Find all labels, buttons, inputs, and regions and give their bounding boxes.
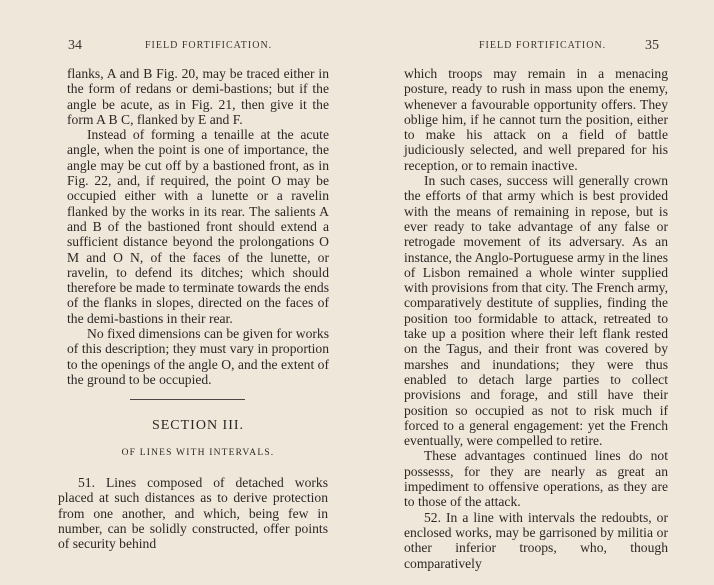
- section-divider: [130, 399, 245, 400]
- section-subtitle: OF LINES WITH INTERVALS.: [67, 448, 329, 458]
- paragraph: flanks, A and B Fig. 20, may be traced e…: [67, 66, 329, 127]
- paragraph: In such cases, success will generally cr…: [404, 173, 668, 448]
- paragraph: No fixed dimensions can be given for wor…: [67, 326, 329, 387]
- right-page: FIELD FORTIFICATION. 35 which troops may…: [357, 0, 714, 585]
- running-head: FIELD FORTIFICATION.: [145, 40, 272, 51]
- paragraph: Instead of forming a tenaille at the acu…: [67, 127, 329, 326]
- paragraph: which troops may remain in a menacing po…: [404, 66, 668, 173]
- running-head: FIELD FORTIFICATION.: [479, 40, 606, 51]
- body-text: flanks, A and B Fig. 20, may be traced e…: [67, 66, 329, 387]
- page-number: 35: [645, 38, 659, 54]
- section-title: SECTION III.: [67, 418, 329, 434]
- left-page: 34 FIELD FORTIFICATION. flanks, A and B …: [0, 0, 357, 585]
- page-number: 34: [68, 38, 82, 54]
- paragraph: 52. In a line with intervals the redoubt…: [404, 510, 668, 571]
- paragraph: These advantages continued lines do not …: [404, 448, 668, 509]
- body-text: which troops may remain in a menacing po…: [404, 66, 668, 571]
- section-paragraph: 51. Lines composed of detached works pla…: [58, 475, 328, 551]
